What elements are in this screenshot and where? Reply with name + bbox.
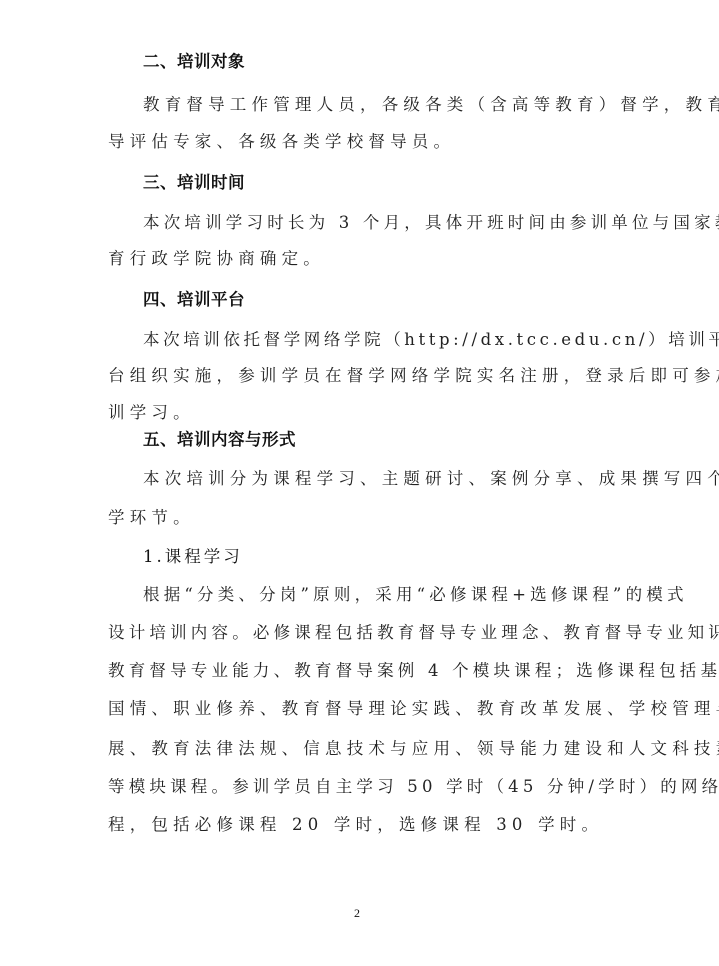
page-number: 2 bbox=[354, 906, 360, 921]
paragraph-line: 本次培训学习时长为 3 个月，具体开班时间由参训单位与国家教 bbox=[143, 209, 719, 233]
paragraph-line-platform-url: 本次培训依托督学网络学院（http://dx.tcc.edu.cn/）培训平 bbox=[143, 326, 719, 350]
subsection-heading-course-study: 1.课程学习 bbox=[143, 543, 243, 567]
section-heading-training-targets: 二、培训对象 bbox=[143, 48, 245, 72]
paragraph-line: 根据“分类、分岗”原则，采用“必修课程+选修课程”的模式 bbox=[143, 581, 688, 605]
section-heading-training-time: 三、培训时间 bbox=[143, 169, 245, 193]
paragraph-line: 展、教育法律法规、信息技术与应用、领导能力建设和人文科技素养 bbox=[108, 735, 719, 759]
paragraph-line: 训学习。 bbox=[108, 399, 195, 423]
section-heading-training-platform: 四、培训平台 bbox=[143, 286, 245, 310]
paragraph-line: 本次培训分为课程学习、主题研讨、案例分享、成果撰写四个教 bbox=[143, 465, 719, 489]
paragraph-line: 台组织实施，参训学员在督学网络学院实名注册，登录后即可参加培 bbox=[108, 362, 719, 386]
paragraph-line: 学环节。 bbox=[108, 504, 195, 528]
section-heading-training-content: 五、培训内容与形式 bbox=[143, 426, 296, 450]
document-page: 二、培训对象 教育督导工作管理人员，各级各类（含高等教育）督学，教育督 导评估专… bbox=[0, 0, 719, 966]
paragraph-line: 育行政学院协商确定。 bbox=[108, 245, 325, 269]
paragraph-line: 教育督导工作管理人员，各级各类（含高等教育）督学，教育督 bbox=[143, 91, 719, 115]
paragraph-line: 教育督导专业能力、教育督导案例 4 个模块课程；选修课程包括基本 bbox=[108, 657, 719, 681]
paragraph-line: 程，包括必修课程 20 学时，选修课程 30 学时。 bbox=[108, 811, 603, 835]
paragraph-line: 设计培训内容。必修课程包括教育督导专业理念、教育督导专业知识、 bbox=[108, 619, 719, 643]
paragraph-line: 等模块课程。参训学员自主学习 50 学时（45 分钟/学时）的网络课 bbox=[108, 773, 719, 797]
paragraph-line: 导评估专家、各级各类学校督导员。 bbox=[108, 128, 455, 152]
paragraph-line: 国情、职业修养、教育督导理论实践、教育改革发展、学校管理与发 bbox=[108, 695, 719, 719]
